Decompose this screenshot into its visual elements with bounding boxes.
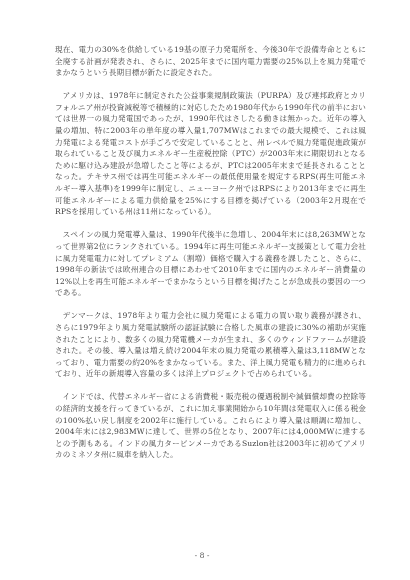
document-page: 現在、電力の30%を供給している19基の原子力発電所を、今後30年で設備寿命とと… [0,0,410,580]
document-body: 現在、電力の30%を供給している19基の原子力発電所を、今後30年で設備寿命とと… [55,44,366,473]
paragraph-denmark: デンマークは、1978年より電力会社に風力発電による電力の買い取り義務が課され、… [55,310,366,380]
paragraph-nuclear-phaseout: 現在、電力の30%を供給している19基の原子力発電所を、今後30年で設備寿命とと… [55,44,366,79]
paragraph-spain: スペインの風力発電導入量は、1990年代後半に急増し、2004年末には8,263… [55,229,366,299]
paragraph-india: インドでは、代替エネルギー省による消費税・販売税の優遇税制や減価償却費の控除等の… [55,391,366,461]
paragraph-usa: アメリカは、1978年に制定された公益事業規制政策法（PURPA）及び連邦政府と… [55,90,366,218]
page-number: - 8 - [0,551,404,560]
